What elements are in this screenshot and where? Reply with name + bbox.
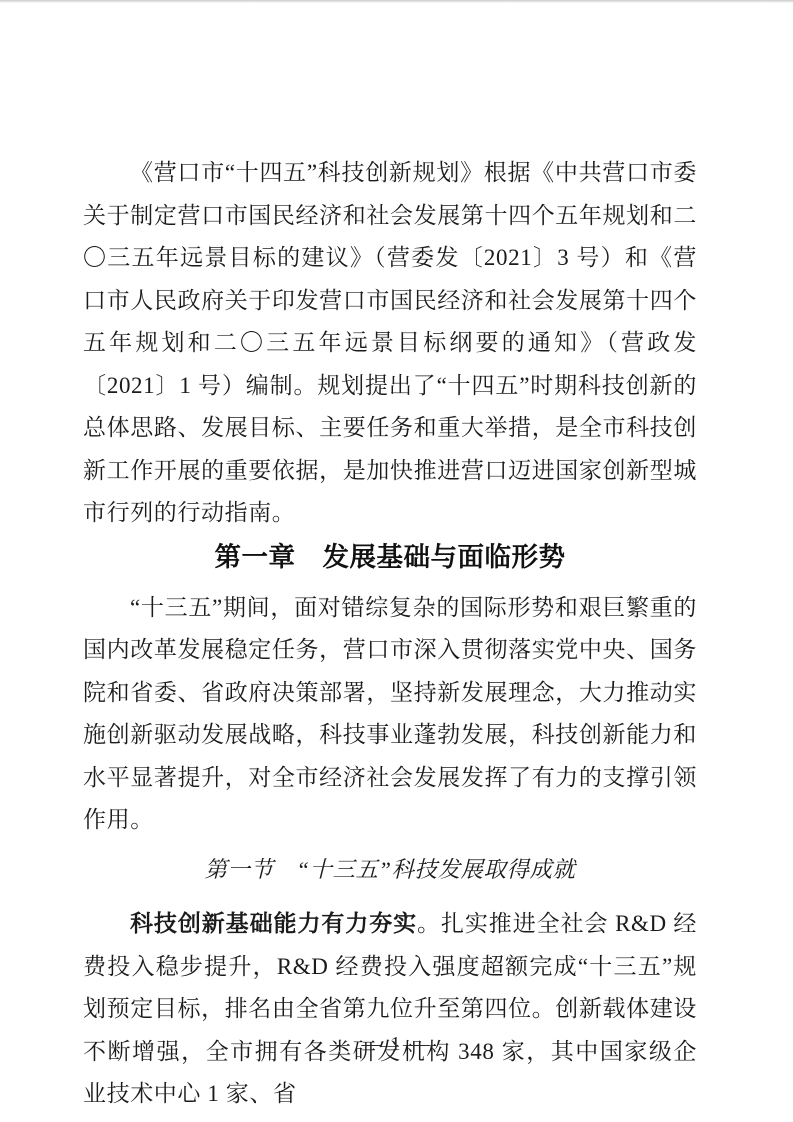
achievements-lead: 科技创新基础能力有力夯实 [130, 911, 417, 936]
achievements-paragraph: 科技创新基础能力有力夯实。扎实推进全社会 R&D 经费投入稳步提升，R&D 经费… [83, 903, 697, 1116]
context-paragraph: “十三五”期间，面对错综复杂的国际形势和艰巨繁重的国内改革发展稳定任务，营口市深… [83, 587, 697, 842]
achievements-rest: 。扎实推进全社会 R&D 经费投入稳步提升，R&D 经费投入强度超额完成“十三五… [83, 911, 697, 1106]
scan-top-edge [0, 0, 793, 3]
intro-paragraph: 《营口市“十四五”科技创新规划》根据《中共营口市委关于制定营口市国民经济和社会发… [83, 152, 697, 535]
document-page: 《营口市“十四五”科技创新规划》根据《中共营口市委关于制定营口市国民经济和社会发… [0, 0, 793, 1122]
section-heading: 第一节 “十三五”科技发展取得成就 [83, 849, 697, 892]
page-content: 《营口市“十四五”科技创新规划》根据《中共营口市委关于制定营口市国民经济和社会发… [83, 152, 697, 1116]
page-number: — 1 — [0, 1030, 793, 1058]
chapter-heading: 第一章 发展基础与面临形势 [83, 535, 697, 579]
